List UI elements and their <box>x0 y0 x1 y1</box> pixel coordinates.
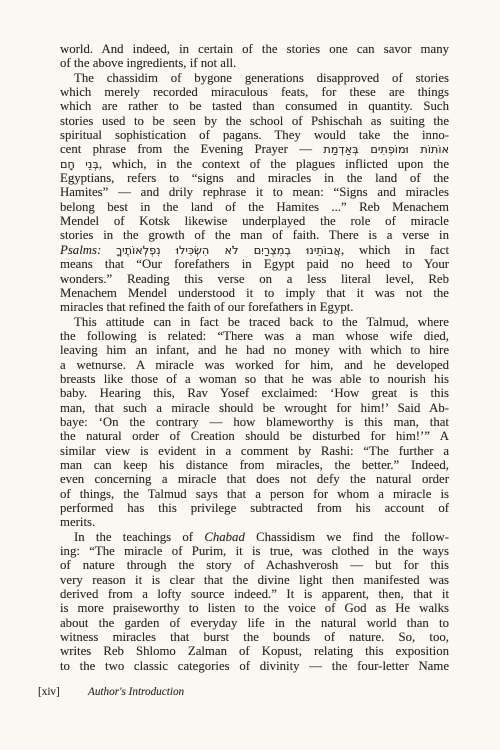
body-text: breasts like those of a woman so that he… <box>60 372 449 386</box>
body-text: stories in the growth of the man of fait… <box>60 228 449 242</box>
body-text: witness miracles that burst the bounds o… <box>60 630 449 644</box>
body-text: This attitude can in fact be traced back… <box>74 315 449 329</box>
body-text: performed has this privilege subtracted … <box>60 501 449 515</box>
body-text: to the two classic categories of divinit… <box>60 659 449 673</box>
body-text: spiritual sophistication of pagans. They… <box>60 128 449 142</box>
text-line: belong best in the land of the Hamites .… <box>60 200 449 214</box>
text-line: means that “Our forefathers in Egypt pai… <box>60 257 449 271</box>
text-line: man can keep his distance from miracles,… <box>60 458 449 472</box>
text-line: Mendel of Kotsk likewise underplayed the… <box>60 214 449 228</box>
text-line: wonders.” Reading this verse on a less l… <box>60 272 449 286</box>
text-line: stories in the growth of the man of fait… <box>60 228 449 242</box>
hebrew-phrase: אוֹתוֹת וּמוֹפְתִים בְּאַדְמַת <box>323 143 449 156</box>
body-text: the natural order of Creation should be … <box>60 429 449 443</box>
body-text: belong best in the land of the Hamites .… <box>60 200 449 214</box>
page-text: world. And indeed, in certain of the sto… <box>60 42 449 673</box>
body-text: Chassidism we find the follow- <box>245 530 449 544</box>
text-line: writes Reb Shlomo Zalman of Kopust, rela… <box>60 644 449 658</box>
body-text: similar view is evident in a comment by … <box>60 444 449 458</box>
text-line: the following is related: “There was a m… <box>60 329 449 343</box>
text-line: of nature through the story of Achashver… <box>60 558 449 572</box>
italic-text: Psalms: <box>60 243 101 257</box>
text-line: the natural order of Creation should be … <box>60 429 449 443</box>
body-text: writes Reb Shlomo Zalman of Kopust, rela… <box>60 644 449 658</box>
text-line: performed has this privilege subtracted … <box>60 501 449 515</box>
page-footer: [xiv]Author's Introduction <box>38 686 184 698</box>
text-line: baye: ‘On the contrary — how blameworthy… <box>60 415 449 429</box>
body-text: world. And indeed, in certain of the sto… <box>60 42 449 56</box>
body-text: In the teachings of <box>74 530 204 544</box>
body-text: which merely recorded miraculous feats, … <box>60 85 449 99</box>
hebrew-phrase: אֲבוֹתֵינוּ בְמִצְרַיִם לֹא הִשְׂכִּילוּ… <box>116 244 341 257</box>
text-line: which are rather to be tasted than consu… <box>60 99 449 113</box>
body-text: man, that such a miracle should be wroug… <box>60 401 449 415</box>
text-line: merits. <box>60 515 449 529</box>
text-line: The chassidim of bygone generations disa… <box>60 71 449 85</box>
body-text: of nature through the story of Achashver… <box>60 558 449 572</box>
body-text: stories used to be seen by the school of… <box>60 114 449 128</box>
body-text: derived from a lofty source indeed.” It … <box>60 587 449 601</box>
text-line: is more praiseworthy to listen to the vo… <box>60 601 449 615</box>
italic-text: Chabad <box>204 530 245 544</box>
body-text: ing: “The miracle of Purim, it is true, … <box>60 544 449 558</box>
body-text: of things, the Talmud says that a person… <box>60 487 449 501</box>
page-number: [xiv] <box>38 686 88 698</box>
text-line: about the garden of everyday life in the… <box>60 616 449 630</box>
text-line: which merely recorded miraculous feats, … <box>60 85 449 99</box>
running-title: Author's Introduction <box>88 686 184 698</box>
text-line: similar view is evident in a comment by … <box>60 444 449 458</box>
text-line: Psalms: אֲבוֹתֵינוּ בְמִצְרַיִם לֹא הִשְ… <box>60 243 449 257</box>
body-text: is more praiseworthy to listen to the vo… <box>60 601 449 615</box>
text-line: miracles that refined the faith of our f… <box>60 300 449 314</box>
body-text: Hamites” — and drily rephrase it to mean… <box>60 185 449 199</box>
body-text: man can keep his distance from miracles,… <box>60 458 449 472</box>
text-line: Egyptians, refers to “signs and miracles… <box>60 171 449 185</box>
body-text: merits. <box>60 515 95 529</box>
text-line: man, that such a miracle should be wroug… <box>60 401 449 415</box>
text-line: of the above ingredients, if not all. <box>60 56 449 70</box>
body-text: leaving him an infant, and he had no mon… <box>60 343 449 357</box>
text-line: ing: “The miracle of Purim, it is true, … <box>60 544 449 558</box>
body-text: Menachem Mendel understood it to imply t… <box>60 286 449 300</box>
body-text: about the garden of everyday life in the… <box>60 616 449 630</box>
text-line: a wetnurse. A miracle was worked for him… <box>60 358 449 372</box>
body-text: a wetnurse. A miracle was worked for him… <box>60 358 449 372</box>
body-text: very reason it is clear that the divine … <box>60 573 449 587</box>
text-line: witness miracles that burst the bounds o… <box>60 630 449 644</box>
text-line: cent phrase from the Evening Prayer — או… <box>60 142 449 156</box>
text-line: derived from a lofty source indeed.” It … <box>60 587 449 601</box>
text-line: בְּנֵי חָם, which, in the context of the… <box>60 157 449 171</box>
text-line: baby. Hearing this, Rav Yosef exclaimed:… <box>60 386 449 400</box>
text-line: This attitude can in fact be traced back… <box>60 315 449 329</box>
text-line: In the teachings of Chabad Chassidism we… <box>60 530 449 544</box>
text-line: even concerning a miracle that does not … <box>60 472 449 486</box>
text-line: breasts like those of a woman so that he… <box>60 372 449 386</box>
text-line: Menachem Mendel understood it to imply t… <box>60 286 449 300</box>
body-text: miracles that refined the faith of our f… <box>60 300 354 314</box>
body-text: means that “Our forefathers in Egypt pai… <box>60 257 449 271</box>
body-text: of the above ingredients, if not all. <box>60 56 236 70</box>
body-text: The chassidim of bygone generations disa… <box>74 71 449 85</box>
book-page: world. And indeed, in certain of the sto… <box>0 0 500 750</box>
text-line: leaving him an infant, and he had no mon… <box>60 343 449 357</box>
body-text: Egyptians, refers to “signs and miracles… <box>60 171 449 185</box>
text-line: stories used to be seen by the school of… <box>60 114 449 128</box>
body-text: cent phrase from the Evening Prayer — <box>60 142 323 156</box>
body-text: baby. Hearing this, Rav Yosef exclaimed:… <box>60 386 449 400</box>
body-text: wonders.” Reading this verse on a less l… <box>60 272 449 286</box>
body-text <box>101 243 116 257</box>
text-line: very reason it is clear that the divine … <box>60 573 449 587</box>
hebrew-phrase: בְּנֵי חָם <box>60 158 99 171</box>
body-text: the following is related: “There was a m… <box>60 329 449 343</box>
text-line: Hamites” — and drily rephrase it to mean… <box>60 185 449 199</box>
body-text: , which, in the context of the plagues i… <box>99 157 449 171</box>
text-line: of things, the Talmud says that a person… <box>60 487 449 501</box>
text-line: spiritual sophistication of pagans. They… <box>60 128 449 142</box>
body-text: Mendel of Kotsk likewise underplayed the… <box>60 214 449 228</box>
text-line: to the two classic categories of divinit… <box>60 659 449 673</box>
body-text: even concerning a miracle that does not … <box>60 472 449 486</box>
body-text: baye: ‘On the contrary — how blameworthy… <box>60 415 449 429</box>
text-line: world. And indeed, in certain of the sto… <box>60 42 449 56</box>
body-text: , which in fact <box>341 243 449 257</box>
body-text: which are rather to be tasted than consu… <box>60 99 449 113</box>
